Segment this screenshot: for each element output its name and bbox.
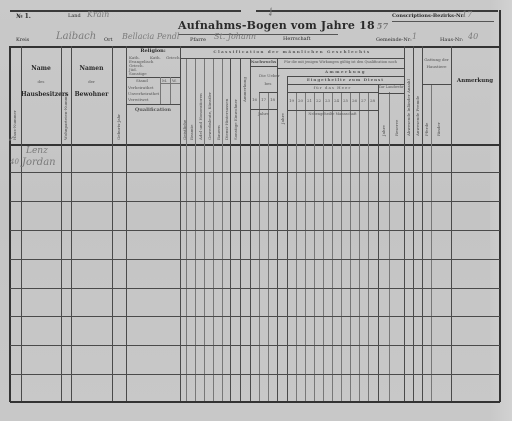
col-divider <box>259 92 260 402</box>
bewohner-header-line: Namen <box>71 66 112 72</box>
row-rule <box>10 201 500 202</box>
age-col: 19 <box>289 99 294 103</box>
gattung-header: Gattung der Haustiere <box>422 56 451 70</box>
nachwuchs-sub: bes <box>259 82 277 86</box>
nachwuchs-sub: Die Ueber <box>259 74 277 78</box>
nachwuchs-age: 17 <box>261 98 266 102</box>
eingetheilte-header: Eingetheilte zum Dienst <box>287 78 404 82</box>
table-right-rule <box>499 10 501 402</box>
class-col-header: Sonstige Einwohner <box>233 80 238 140</box>
form-number: № 1. <box>16 14 31 20</box>
haus-value: 40 <box>468 33 478 41</box>
haus-nr-entry: 40 <box>10 159 19 166</box>
geburtsjahr-header: Geburts-Jahr <box>116 96 121 140</box>
gattung-col: Pferde <box>424 104 429 136</box>
stand-box-rule <box>126 104 180 105</box>
land-label: Land <box>68 14 81 19</box>
col-divider <box>296 92 297 402</box>
row-rule <box>10 374 500 375</box>
col-divider <box>431 84 432 402</box>
long-header: Für die mit jenigen Wirkungen gültig ist… <box>277 61 404 65</box>
age-col: 25 <box>343 99 348 103</box>
age-col: 28 <box>370 99 375 103</box>
kreis-label: Kreis <box>16 38 29 43</box>
landwehr-sub: Reserve <box>394 110 399 136</box>
kreis-value: Laibach <box>56 32 96 42</box>
nachwuchs-side-label: Ammerkung <box>242 66 247 102</box>
wohnpartei-header: Wohnparteien-Nummer <box>63 60 68 140</box>
stand-box-divider <box>160 77 161 104</box>
title-underline <box>178 34 338 35</box>
pencil-arrow-mark: ↙ <box>8 135 15 143</box>
conscription-label: Conscriptions-Bezirks-Nr: <box>392 14 465 19</box>
col-divider <box>341 92 342 402</box>
col-divider <box>350 92 351 402</box>
col-divider <box>323 92 324 402</box>
nachwuchs-age: 16 <box>252 98 257 102</box>
header-subrule <box>259 92 277 93</box>
col-divider <box>268 92 269 402</box>
hausbesitzer-entry-line1: Lenz <box>26 147 48 156</box>
form-title-text: Aufnahms-Bogen vom Jahre 18 <box>178 19 375 32</box>
col-divider <box>314 92 315 402</box>
row-rule <box>10 288 500 289</box>
class-col-header: Adel und Honoratioren <box>198 68 203 140</box>
haus-label: Haus-Nr: <box>440 38 463 43</box>
hausbesitzer-entry-line2: Jordan <box>22 158 56 168</box>
bewohner-header-line: der <box>71 80 112 84</box>
hausbesitzer-header-line: des <box>21 80 61 84</box>
class-col-header: Bauern <box>216 110 221 140</box>
header-subrule <box>422 84 451 85</box>
landwehr-sub: Jahre <box>381 96 386 136</box>
age-col: 23 <box>325 99 330 103</box>
nachwuchs-footer: Jahre <box>250 112 277 116</box>
age-col: 24 <box>334 99 339 103</box>
header-rule-left <box>10 10 241 12</box>
header-subrule <box>180 58 404 59</box>
age-col: 20 <box>298 99 303 103</box>
col-divider <box>413 46 414 402</box>
pfarre-label: Pfarre <box>190 38 206 43</box>
col-divider <box>332 92 333 402</box>
gemeinde-value: 1 <box>412 33 417 41</box>
header-subrule <box>378 93 404 94</box>
anwesend-header: Anwesende Fremde <box>415 76 420 136</box>
form-year-value: 57 <box>377 21 389 31</box>
header-subrule <box>250 109 277 110</box>
header-subrule <box>287 92 378 93</box>
class-col-header: Beamte <box>189 108 194 140</box>
class-col-header: Gewerbsleute, Künstler <box>207 68 212 140</box>
stand-row-label: Verheirathet <box>128 86 153 90</box>
col-divider <box>71 46 72 402</box>
ort-label: Ort <box>104 38 113 43</box>
hausbesitzer-header-line: Name <box>21 66 61 72</box>
row-rule <box>10 230 500 231</box>
table-top-rule <box>10 46 500 48</box>
classification-title: Classification der männlichen Geschlecht… <box>180 50 404 54</box>
stand-row-label: Unverheirathet <box>128 92 159 96</box>
stand-row-label: Verwitwet <box>128 98 149 102</box>
bewohner-header-line: Bewohner <box>71 92 112 98</box>
nachwuchs-age: 18 <box>270 98 275 102</box>
fuer-heer-header: für das Heer <box>287 86 378 90</box>
table-bottom-rule <box>10 401 500 403</box>
col-divider <box>112 46 113 402</box>
stand-col-label: M. <box>162 79 167 83</box>
gattung-col: Rinder <box>436 104 441 136</box>
row-rule <box>10 316 500 317</box>
header-bottom-rule <box>10 144 500 146</box>
gemeinde-label: Gemeinde-Nr: <box>376 38 412 43</box>
ort-value: Bellacia Pendl <box>122 33 179 41</box>
form-title: Aufnahms-Bogen vom Jahre 1857 <box>178 20 388 31</box>
col-divider <box>368 92 369 402</box>
side-age-label: Jahre <box>280 94 285 124</box>
age-col: 21 <box>307 99 312 103</box>
stand-title: Stand <box>136 79 148 83</box>
religion-col-label: Griech. <box>166 56 181 60</box>
col-divider <box>180 46 181 402</box>
col-divider <box>451 46 452 402</box>
religion-col-label: Kath. <box>150 56 161 60</box>
stand-col-label: W. <box>172 79 177 83</box>
row-rule <box>10 259 500 260</box>
age-col: 27 <box>361 99 366 103</box>
pfarre-value: St. Johann <box>214 33 256 41</box>
stand-box-rule <box>160 83 180 84</box>
col-divider <box>359 92 360 402</box>
class-col-header: Dienst-Hintersassen <box>224 92 229 140</box>
paper-edge <box>490 0 512 421</box>
age-footer: Nebengeheilte Mannschaft <box>287 113 378 117</box>
anmerkung-header: Anmerkung <box>451 79 499 85</box>
age-col: 26 <box>352 99 357 103</box>
age-col: 22 <box>316 99 321 103</box>
herrschaft-label: Herrschaft <box>283 37 311 42</box>
col-divider <box>404 46 405 402</box>
hausbesitzer-header-line: Hausbesitzers <box>21 92 61 98</box>
row-rule <box>10 172 500 173</box>
religion-row-label: Sonstige <box>129 72 147 76</box>
stand-box-divider <box>170 77 171 104</box>
row-rule <box>10 345 500 346</box>
header-subrule <box>250 66 277 67</box>
table-left-rule <box>9 46 11 402</box>
nachwuchs-title: Nachwuchs <box>250 60 277 64</box>
col-divider <box>21 46 22 402</box>
qualification-label: Qualification <box>126 108 180 113</box>
conscription-underline <box>392 21 494 22</box>
religion-title: Religion: <box>126 49 180 54</box>
col-divider <box>422 46 423 402</box>
col-divider <box>126 46 127 402</box>
class-col-header: Geistliche <box>182 108 187 140</box>
col-divider <box>61 46 62 402</box>
header-subrule <box>287 110 378 111</box>
land-value: Krain <box>87 11 109 19</box>
col-divider <box>287 76 288 402</box>
conscription-value: 17 <box>462 11 472 19</box>
col-divider <box>389 92 390 402</box>
col-divider <box>305 92 306 402</box>
abwesend-header: Abwesende Inländer Anzahl <box>406 56 411 136</box>
col-divider <box>378 84 379 402</box>
ammerkung-header: Ammerkung <box>287 70 404 74</box>
landwehr-header: Zur Landwehr <box>378 86 404 90</box>
